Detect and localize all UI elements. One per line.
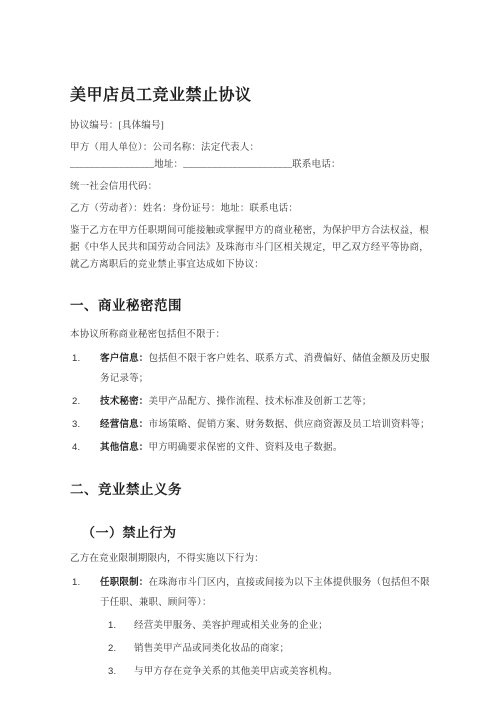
party-b-line: 乙方（劳动者）：姓名：身份证号：地址：联系电话： xyxy=(70,201,430,218)
sublist-item-text: 与甲方存在竞争关系的其他美甲店或美容机构。 xyxy=(134,667,338,677)
agreement-number-line: 协议编号：[具体编号] xyxy=(70,118,430,135)
list-item-label: 任职限制： xyxy=(100,578,149,588)
list-item-business-info: 3. 经营信息：市场策略、促销方案、财务数据、供应商资源及员工培训资料等； xyxy=(70,415,430,435)
secret-scope-list: 1. 客户信息：包括但不限于客户姓名、联系方式、消费偏好、储值金额及历史服务记录… xyxy=(70,349,430,458)
preamble-paragraph: 鉴于乙方在甲方任职期间可能接触或掌握甲方的商业秘密，为保护甲方合法权益，根据《中… xyxy=(70,223,430,274)
list-item-technical-secret: 2. 技术秘密：美甲产品配方、操作流程、技术标准及创新工艺等； xyxy=(70,392,430,412)
list-item-label: 经营信息： xyxy=(100,420,149,430)
list-item-employment-restriction: 1. 任职限制：在珠海市斗门区内，直接或间接为以下主体提供服务（包括但不限于任职… xyxy=(70,573,430,613)
list-item-label: 技术秘密： xyxy=(100,397,149,407)
list-item-label: 其他信息： xyxy=(100,443,149,453)
prohibited-acts-list: 1. 任职限制：在珠海市斗门区内，直接或间接为以下主体提供服务（包括但不限于任职… xyxy=(70,573,430,682)
sublist-item-competing-salons: 3. 与甲方存在竞争关系的其他美甲店或美容机构。 xyxy=(70,662,430,682)
subsection-1-heading: （一）禁止行为 xyxy=(82,522,430,541)
sublist-item-product-sellers: 2. 销售美甲产品或同类化妆品的商家； xyxy=(70,639,430,659)
party-a-line: 甲方（用人单位）：公司名称：法定代表人： xyxy=(70,140,430,157)
list-number: 1. xyxy=(108,616,116,636)
section-2-heading: 二、竞业禁止义务 xyxy=(70,478,430,498)
list-item-text: 在珠海市斗门区内，直接或间接为以下主体提供服务（包括但不限于任职、兼职、顾问等）… xyxy=(100,578,430,608)
list-item-text: 美甲产品配方、操作流程、技术标准及创新工艺等； xyxy=(149,397,372,407)
list-number: 2. xyxy=(72,392,80,412)
sublist-item-text: 销售美甲产品或同类化妆品的商家； xyxy=(134,644,289,654)
sublist-item-text: 经营美甲服务、美容护理或相关业务的企业； xyxy=(134,621,328,631)
list-number: 1. xyxy=(72,573,80,593)
list-item-text: 市场策略、促销方案、财务数据、供应商资源及员工培训资料等； xyxy=(149,420,430,430)
list-item-text: 包括但不限于客户姓名、联系方式、消费偏好、储值金额及历史服务记录等； xyxy=(100,354,430,384)
party-a-blank-fields-line: _________________地址：____________________… xyxy=(70,157,430,174)
list-number: 2. xyxy=(108,639,116,659)
sublist-item-nail-service-business: 1. 经营美甲服务、美容护理或相关业务的企业； xyxy=(70,616,430,636)
section-1-intro: 本协议所称商业秘密包括但不限于： xyxy=(70,327,430,344)
document-title: 美甲店员工竞业禁止协议 xyxy=(70,82,430,105)
list-item-text: 甲方明确要求保密的文件、资料及电子数据。 xyxy=(149,443,343,453)
list-item-other-info: 4. 其他信息：甲方明确要求保密的文件、资料及电子数据。 xyxy=(70,438,430,458)
list-number: 1. xyxy=(72,349,80,369)
list-number: 3. xyxy=(108,662,116,682)
list-number: 4. xyxy=(72,438,80,458)
document-content: 美甲店员工竞业禁止协议 协议编号：[具体编号] 甲方（用人单位）：公司名称：法定… xyxy=(0,0,500,682)
section-1-heading: 一、商业秘密范围 xyxy=(70,294,430,314)
credit-code-line: 统一社会信用代码： xyxy=(70,179,430,196)
document-page: 美甲店员工竞业禁止协议 协议编号：[具体编号] 甲方（用人单位）：公司名称：法定… xyxy=(0,0,500,707)
list-item-customer-info: 1. 客户信息：包括但不限于客户姓名、联系方式、消费偏好、储值金额及历史服务记录… xyxy=(70,349,430,389)
list-number: 3. xyxy=(72,415,80,435)
subsection-1-intro: 乙方在竞业限制期限内，不得实施以下行为： xyxy=(70,551,430,568)
list-item-label: 客户信息： xyxy=(100,354,149,364)
